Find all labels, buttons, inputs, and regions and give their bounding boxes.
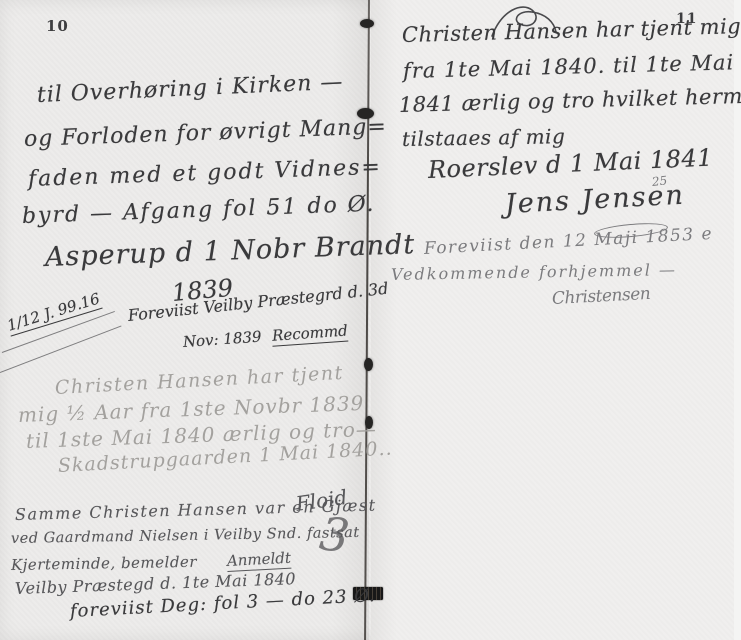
signature-mark: 25: [651, 174, 668, 189]
gutter-shadow-right: [371, 0, 397, 640]
handwriting-line: Kjerteminde, bemelder: [11, 554, 197, 574]
presented-note-date: Nov: 1839 Recommd: [182, 323, 348, 351]
binding-stitch: [360, 19, 374, 28]
presented-note-date-text: Nov: 1839: [182, 328, 262, 351]
binding-stitch: [364, 358, 373, 371]
margin-ledger-note: 1/12 J. 99.16: [5, 290, 102, 336]
handwriting-line: tilstaaes af mig: [402, 125, 566, 150]
handwriting-line: faden med et godt Vidnes=: [28, 156, 383, 193]
anmeldt-word: Anmeldt: [227, 550, 292, 572]
scanned-document-spread: 10 til Overhøring i Kirken — og Forloden…: [0, 0, 741, 640]
handwriting-line: til Overhøring i Kirken —: [36, 71, 343, 109]
handwriting-line: ved Gaardmand Nielsen i Veilby Snd. fast…: [11, 526, 360, 548]
handwriting-line: byrd — Afgang fol 51 do Ø.: [22, 193, 376, 230]
page-number-left: 10: [46, 17, 69, 35]
